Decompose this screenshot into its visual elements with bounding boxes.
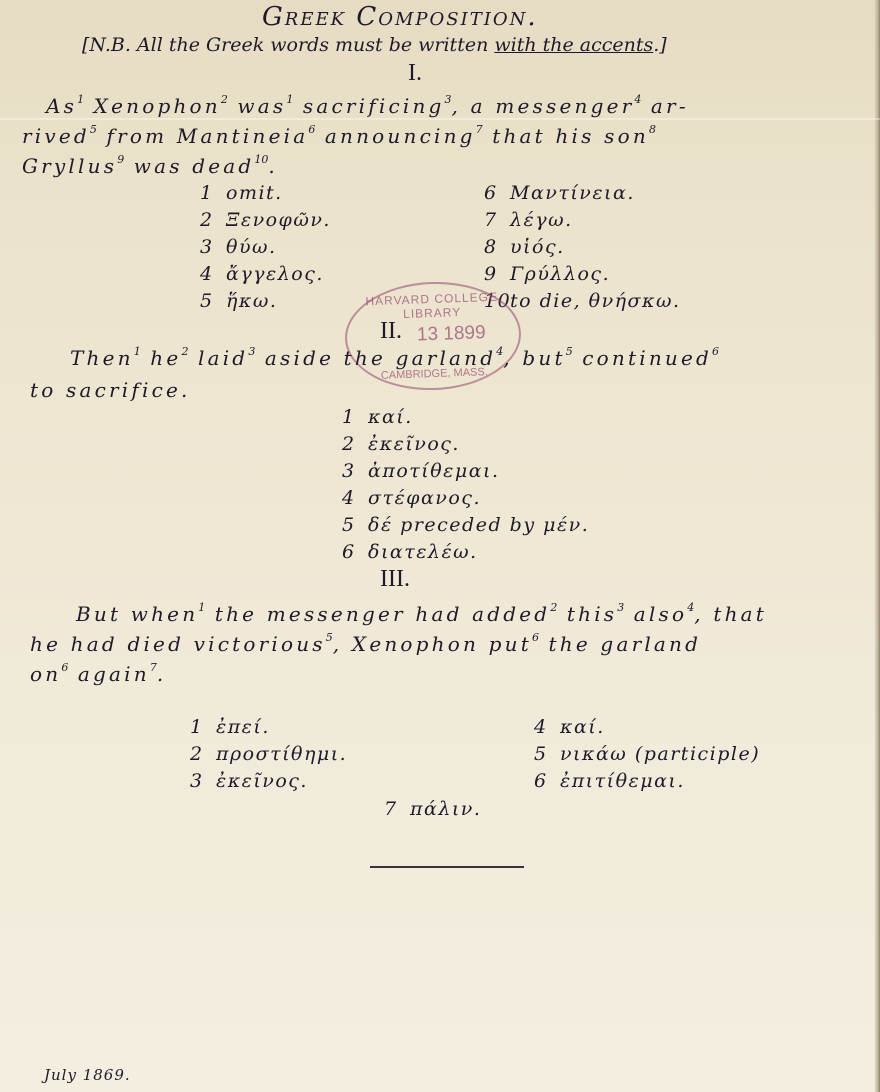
vocab-number: 5 [342, 512, 368, 539]
word: ar- [641, 94, 688, 118]
word: As [46, 94, 77, 118]
vocab-word: ἄγγελος. [226, 263, 324, 285]
word: was [228, 94, 286, 118]
vocab-number: 6 [484, 180, 510, 207]
word: , a messenger [452, 94, 635, 118]
paper-edge [874, 0, 880, 1092]
vocab-word: ἀποτίθεμαι. [368, 460, 500, 482]
word: the messenger had added [205, 602, 550, 626]
vocab-item: 9Γρύλλος. [484, 261, 681, 288]
vocab-item: 3ἀποτίθεμαι. [342, 458, 589, 485]
vocab-number: 2 [190, 741, 216, 768]
vocab-number: 5 [200, 288, 226, 315]
vocab-number: 3 [190, 768, 216, 795]
vocab-item: 3θύω. [200, 234, 331, 261]
word: was dead [124, 154, 254, 178]
footnote-ref: 7 [476, 123, 483, 136]
paper-fold [0, 118, 880, 120]
footnote-ref: 5 [566, 345, 573, 358]
vocab-word: ἐπεί. [216, 716, 270, 738]
vocab-number: 5 [534, 741, 560, 768]
footnote-ref: 8 [649, 123, 656, 136]
word: that his son [483, 124, 649, 148]
passage-3-line-2: he had died victorious5, Xenophon put6 t… [30, 632, 701, 656]
vocab-item: 6Μαντίνεια. [484, 180, 681, 207]
vocab-number: 4 [200, 261, 226, 288]
accent-note: [N.B. All the Greek words must be writte… [82, 34, 667, 56]
vocab-item: 8υἱός. [484, 234, 681, 261]
vocab-item: 5νικάω (participle) [534, 741, 760, 768]
vocab-item: 6ἐπιτίθεμαι. [534, 768, 760, 795]
passage-3-line-1: But when1 the messenger had added2 this3… [76, 602, 767, 626]
word: this [557, 602, 617, 626]
vocab-word: πάλιν. [410, 798, 481, 820]
vocab-word: προστίθημι. [216, 743, 347, 765]
section-numeral-1: I. [408, 60, 422, 87]
vocab-item: 2προστίθημι. [190, 741, 347, 768]
word: to sacrifice. [30, 378, 191, 402]
word: rived [22, 124, 90, 148]
vocab-number: 1 [342, 404, 368, 431]
word: , that [694, 602, 767, 626]
page-title: Greek Composition. [262, 2, 538, 32]
vocab-word: νικάω (participle) [560, 743, 760, 765]
vocab-number: 7 [484, 207, 510, 234]
footnote-ref: 1 [134, 345, 141, 358]
word: Xenophon [84, 94, 221, 118]
word: on [30, 662, 61, 686]
section-numeral-2: II. [380, 318, 402, 345]
word: , but [503, 346, 565, 370]
vocab-word: Ξενοφῶν. [226, 209, 331, 231]
word: he had died victorious [30, 632, 326, 656]
vocab-item-3-7: 7πάλιν. [384, 798, 481, 820]
vocab-list-3-right: 4καί. 5νικάω (participle) 6ἐπιτίθεμαι. [534, 714, 760, 795]
vocab-item: 2ἐκεῖνος. [342, 431, 589, 458]
vocab-number: 3 [200, 234, 226, 261]
vocab-number: 7 [384, 798, 410, 820]
section-numeral-3: III. [380, 566, 410, 593]
footer-date: July 1869. [44, 1066, 131, 1084]
vocab-item: 1καί. [342, 404, 589, 431]
passage-1-line-1: As1 Xenophon2 was1 sacrificing3, a messe… [46, 94, 689, 118]
vocab-word: στέφανος. [368, 487, 481, 509]
word: . [268, 154, 278, 178]
vocab-word: ἥκω. [226, 290, 277, 312]
vocab-word: διατελέω. [368, 541, 478, 563]
word: from Mantineia [97, 124, 308, 148]
footnote-ref: 5 [90, 123, 97, 136]
word: Gryllus [22, 154, 117, 178]
vocab-number: 6 [342, 539, 368, 566]
vocab-item: 3ἐκεῖνος. [190, 768, 347, 795]
note-suffix: .] [653, 34, 666, 56]
footnote-ref: 7 [150, 661, 157, 674]
vocab-word: υἱός. [510, 236, 565, 258]
word: , Xenophon put [333, 632, 532, 656]
word: continued [573, 346, 712, 370]
vocab-number: 9 [484, 261, 510, 288]
vocab-item: 6διατελέω. [342, 539, 589, 566]
vocab-number: 6 [534, 768, 560, 795]
vocab-word: καί. [560, 716, 605, 738]
note-underlined: with the accents [494, 34, 653, 56]
vocab-number: 1 [190, 714, 216, 741]
word: Then [70, 346, 134, 370]
word: again [68, 662, 150, 686]
word: sacrificing [293, 94, 444, 118]
note-prefix: [N.B. All the Greek words must be writte… [82, 34, 494, 56]
vocab-word: καί. [368, 406, 413, 428]
vocab-word: ἐκεῖνος. [216, 770, 308, 792]
passage-2-line-2: to sacrifice. [30, 378, 191, 402]
footnote-ref: 10 [254, 153, 268, 166]
vocab-word: omit. [226, 182, 283, 204]
word: announcing [315, 124, 475, 148]
vocab-item: 1omit. [200, 180, 331, 207]
vocab-item: 4στέφανος. [342, 485, 589, 512]
word: he [141, 346, 182, 370]
vocab-item: 1ἐπεί. [190, 714, 347, 741]
footnote-ref: 6 [532, 631, 539, 644]
vocab-number: 4 [534, 714, 560, 741]
vocab-word: Γρύλλος. [510, 263, 610, 285]
stamp-top-text: HARVARD COLLEGE LIBRARY [346, 289, 519, 323]
passage-1-line-2: rived5 from Mantineia6 announcing7 that … [22, 124, 656, 148]
passage-1-line-3: Gryllus9 was dead10. [22, 154, 278, 178]
footnote-ref: 3 [445, 93, 452, 106]
vocab-word: to die, θνήσκω. [510, 290, 681, 312]
vocab-word: λέγω. [510, 209, 573, 231]
word: also [624, 602, 687, 626]
stamp-date: 13 1899 [417, 322, 486, 346]
vocab-word: Μαντίνεια. [510, 182, 635, 204]
vocab-item: 2Ξενοφῶν. [200, 207, 331, 234]
footnote-ref: 5 [326, 631, 333, 644]
vocab-number: 8 [484, 234, 510, 261]
vocab-number: 4 [342, 485, 368, 512]
library-stamp: HARVARD COLLEGE LIBRARY 13 1899 CAMBRIDG… [343, 279, 523, 393]
passage-3-line-3: on6 again7. [30, 662, 166, 686]
footnote-ref: 6 [712, 345, 719, 358]
vocab-item: 4καί. [534, 714, 760, 741]
vocab-item: 5δέ preceded by μέν. [342, 512, 589, 539]
vocab-list-2: 1καί. 2ἐκεῖνος. 3ἀποτίθεμαι. 4στέφανος. … [342, 404, 589, 566]
vocab-word: θύω. [226, 236, 277, 258]
vocab-item: 7λέγω. [484, 207, 681, 234]
closing-rule [370, 866, 524, 868]
vocab-number: 2 [342, 431, 368, 458]
vocab-word: ἐπιτίθεμαι. [560, 770, 685, 792]
vocab-number: 3 [342, 458, 368, 485]
vocab-item: 5ἥκω. [200, 288, 331, 315]
vocab-list-1-left: 1omit. 2Ξενοφῶν. 3θύω. 4ἄγγελος. 5ἥκω. [200, 180, 331, 315]
footnote-ref: 2 [221, 93, 228, 106]
vocab-list-3-left: 1ἐπεί. 2προστίθημι. 3ἐκεῖνος. [190, 714, 347, 795]
passage-2-line-1: Then1 he2 laid3 aside the garland4, but5… [70, 346, 719, 370]
vocab-number: 2 [200, 207, 226, 234]
word: the garland [539, 632, 701, 656]
vocab-item: 4ἄγγελος. [200, 261, 331, 288]
vocab-number: 1 [200, 180, 226, 207]
vocab-word: ἐκεῖνος. [368, 433, 460, 455]
word: . [157, 662, 167, 686]
word: aside the garland [255, 346, 496, 370]
word: But when [76, 602, 198, 626]
word: laid [188, 346, 248, 370]
vocab-word: δέ preceded by μέν. [368, 514, 589, 536]
